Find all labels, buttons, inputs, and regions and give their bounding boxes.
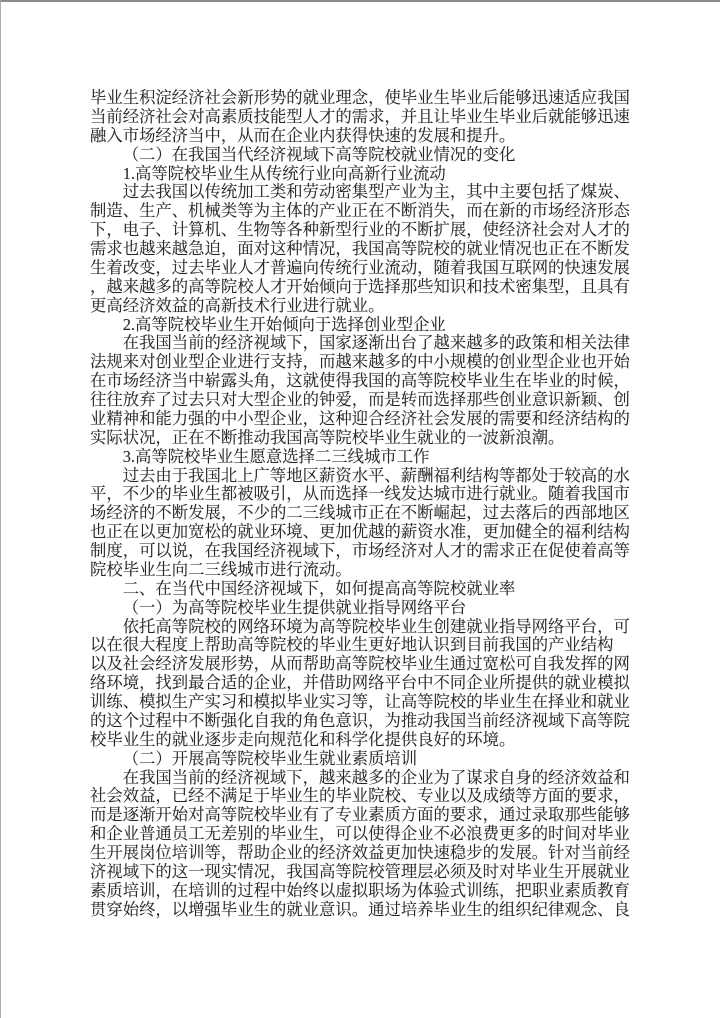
text-line: （一）为高等院校毕业生提供就业指导网络平台 [90, 599, 632, 618]
text-line: 3.高等院校毕业生愿意选择二三线城市工作 [90, 448, 632, 467]
text-line: 1.高等院校毕业生从传统行业向高新行业流动 [90, 165, 632, 184]
text-line: 校毕业生的就业逐步走向规范化和科学化提供良好的环境。 [90, 731, 632, 750]
text-line: 制造、生产、机械类等为主体的产业正在不断消失，而在新的市场经济形态 [90, 202, 632, 221]
text-line: 和企业普通员工无差别的毕业生，可以使得企业不必浪费更多的时间对毕业 [90, 825, 632, 844]
text-line: 训练、模拟生产实习和模拟毕业实习等，让高等院校的毕业生在择业和就业 [90, 693, 632, 712]
text-line: 络环境，找到最合适的企业，并借助网络平台中不同企业所提供的就业模拟 [90, 674, 632, 693]
text-line: 以及社会经济发展形势，从而帮助高等院校毕业生通过宽松可自我发挥的网 [90, 655, 632, 674]
text-line: 而是逐渐开始对高等院校毕业有了专业素质方面的要求，通过录取那些能够 [90, 806, 632, 825]
text-line: 二、在当代中国经济视域下，如何提高高等院校就业率 [90, 580, 632, 599]
text-line: 业精神和能力强的中小型企业，这种迎合经济社会发展的需要和经济结构的 [90, 410, 632, 429]
text-line: （二）在我国当代经济视域下高等院校就业情况的变化 [90, 146, 632, 165]
text-line: 依托高等院校的网络环境为高等院校毕业生创建就业指导网络平台，可 [90, 618, 632, 637]
text-line: 素质培训，在培训的过程中始终以虚拟职场为体验式训练，把职业素质教育 [90, 882, 632, 901]
text-line: 院校毕业生向二三线城市进行流动。 [90, 561, 632, 580]
text-line: 法规来对创业型企业进行支持，而越来越多的中小规模的创业型企业也开始 [90, 353, 632, 372]
text-line: 需求也越来越急迫，面对这种情况，我国高等院校的就业情况也正在不断发 [90, 240, 632, 259]
text-line: 过去由于我国北上广等地区薪资水平、薪酬福利结构等都处于较高的水 [90, 467, 632, 486]
text-line: 生开展岗位培训等，帮助企业的经济效益更加快速稳步的发展。针对当前经 [90, 844, 632, 863]
text-line: 实际状况，正在不断推动我国高等院校毕业生就业的一波新浪潮。 [90, 429, 632, 448]
text-line: 往往放弃了过去只对大型企业的钟爱，而是转而选择那些创业意识新颖、创 [90, 391, 632, 410]
text-line: 社会效益，已经不满足于毕业生的毕业院校、专业以及成绩等方面的要求， [90, 787, 632, 806]
text-line: 下，电子、计算机、生物等各种新型行业的不断扩展，使经济社会对人才的 [90, 221, 632, 240]
document-page: 毕业生积淀经济社会新形势的就业理念，使毕业生毕业后能够迅速适应我国当前经济社会对… [0, 0, 720, 1018]
text-line: 在我国当前的经济视域下，国家逐渐出台了越来越多的政策和相关法律 [90, 334, 632, 353]
text-line: 更高经济效益的高新技术行业进行就业。 [90, 297, 632, 316]
text-line: 平，不少的毕业生都被吸引，从而选择一线发达城市进行就业。随着我国市 [90, 485, 632, 504]
text-line: 场经济的不断发展，不少的二三线城市正在不断崛起，过去落后的西部地区 [90, 504, 632, 523]
text-line: 毕业生积淀经济社会新形势的就业理念，使毕业生毕业后能够迅速适应我国 [90, 89, 632, 108]
text-line: 过去我国以传统加工类和劳动密集型产业为主，其中主要包括了煤炭、 [90, 183, 632, 202]
text-line: 的这个过程中不断强化自我的角色意识，为推动我国当前经济视域下高等院 [90, 712, 632, 731]
text-line: 生着改变，过去毕业人才普遍向传统行业流动，随着我国互联网的快速发展 [90, 259, 632, 278]
text-line: 2.高等院校毕业生开始倾向于选择创业型企业 [90, 316, 632, 335]
document-text: 毕业生积淀经济社会新形势的就业理念，使毕业生毕业后能够迅速适应我国当前经济社会对… [90, 89, 632, 920]
text-line: 制度，可以说，在我国经济视域下，市场经济对人才的需求正在促使着高等 [90, 542, 632, 561]
text-line: 在我国当前的经济视域下，越来越多的企业为了谋求自身的经济效益和 [90, 769, 632, 788]
text-line: 以在很大程度上帮助高等院校的毕业生更好地认识到目前我国的产业结构 [90, 636, 632, 655]
text-line: 贯穿始终，以增强毕业生的就业意识。通过培养毕业生的组织纪律观念、良 [90, 901, 632, 920]
text-line: 当前经济社会对高素质技能型人才的需求，并且让毕业生毕业后就能够迅速 [90, 108, 632, 127]
text-line: 也正在以更加宽松的就业环境、更加优越的薪资水准，更加健全的福利结构 [90, 523, 632, 542]
text-line: 融入市场经济当中，从而在企业内获得快速的发展和提升。 [90, 127, 632, 146]
text-line: 济视域下的这一现实情况，我国高等院校管理层必须及时对毕业生开展就业 [90, 863, 632, 882]
text-line: 在市场经济当中崭露头角，这就使得我国的高等院校毕业生在毕业的时候， [90, 372, 632, 391]
text-line: （二）开展高等院校毕业生就业素质培训 [90, 750, 632, 769]
text-line: ，越来越多的高等院校人才开始倾向于选择那些知识和技术密集型，且具有 [90, 278, 632, 297]
